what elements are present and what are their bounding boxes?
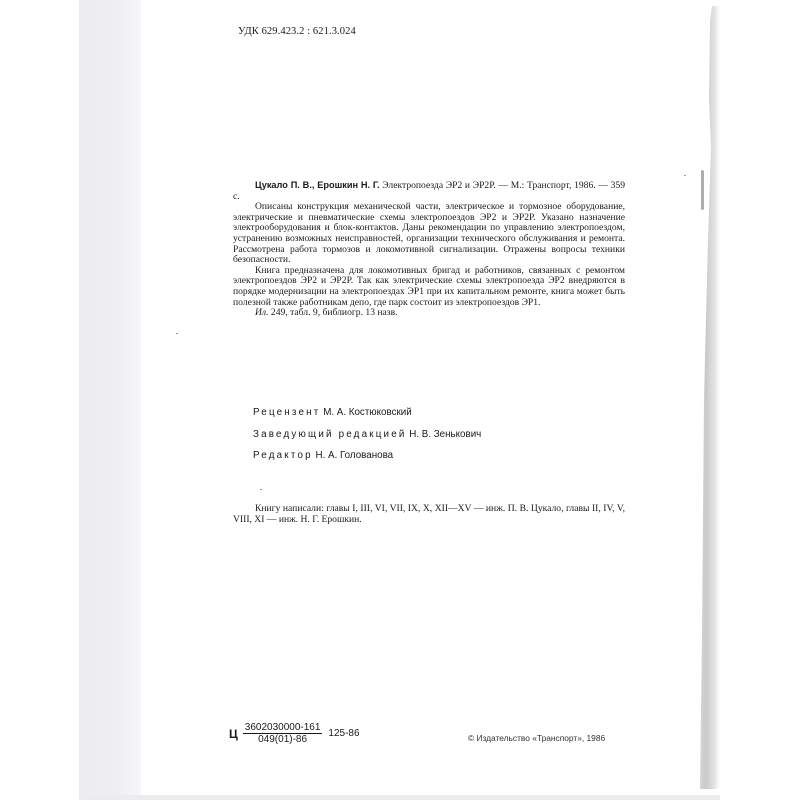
bibliographic-abstract: Цукало П. В., Ерошкин Н. Г. Электропоезд… xyxy=(233,180,625,319)
abstract-paragraph-1: Описаны конструкция механической части, … xyxy=(233,202,625,266)
authors-bold: Цукало П. В., Ерошкин Н. Г. xyxy=(255,180,380,190)
illustrations-line: Ил. 249, табл. 9, библиогр. 13 назв. xyxy=(233,308,625,319)
code-numerator: 3602030000-161 xyxy=(243,722,323,734)
scan-edge-shadow xyxy=(701,170,704,210)
illustrations-count: 249, табл. 9, библиогр. 13 назв. xyxy=(269,307,398,318)
udk-code: УДК 629.423.2 : 621.3.024 xyxy=(238,26,356,37)
staff-editor: Редактор Н. А. Голованова xyxy=(253,450,393,461)
citation-line: Цукало П. В., Ерошкин Н. Г. Электропоезд… xyxy=(233,180,625,202)
staff-role: Заведующий редакцией xyxy=(253,429,407,440)
code-fraction: 3602030000-161 049(01)-86 xyxy=(243,722,323,745)
scan-bottom-margin xyxy=(79,795,720,800)
authorship-text: Книгу написали: главы I, III, VI, VII, I… xyxy=(233,503,625,525)
code-denominator: 049(01)-86 xyxy=(258,734,307,745)
staff-role: Редактор xyxy=(253,450,313,461)
staff-reviewer: Рецензент М. А. Костюковский xyxy=(253,407,412,418)
staff-managing-editor: Заведующий редакцией Н. В. Зенькович xyxy=(253,429,481,440)
order-number: 125-86 xyxy=(328,728,359,739)
scan-speck xyxy=(684,175,686,176)
authorship-note: Книгу написали: главы I, III, VI, VII, I… xyxy=(233,503,625,525)
illustrations-label: Ил. xyxy=(255,307,269,318)
staff-name: Н. В. Зенькович xyxy=(409,429,481,440)
book-page xyxy=(141,0,721,795)
scan-speck xyxy=(260,489,262,490)
staff-name: Н. А. Голованова xyxy=(316,450,394,461)
abstract-paragraph-2: Книга предназначена для локомотивных бри… xyxy=(233,266,625,308)
price-letter: Ц xyxy=(229,727,238,741)
staff-name: М. А. Костюковский xyxy=(323,407,412,418)
staff-role: Рецензент xyxy=(253,407,320,418)
scan-speck xyxy=(176,333,178,334)
publication-code: Ц 3602030000-161 049(01)-86 125-86 xyxy=(229,722,360,745)
copyright-notice: © Издательство «Транспорт», 1986 xyxy=(468,733,605,743)
scan-left-margin xyxy=(79,0,141,800)
